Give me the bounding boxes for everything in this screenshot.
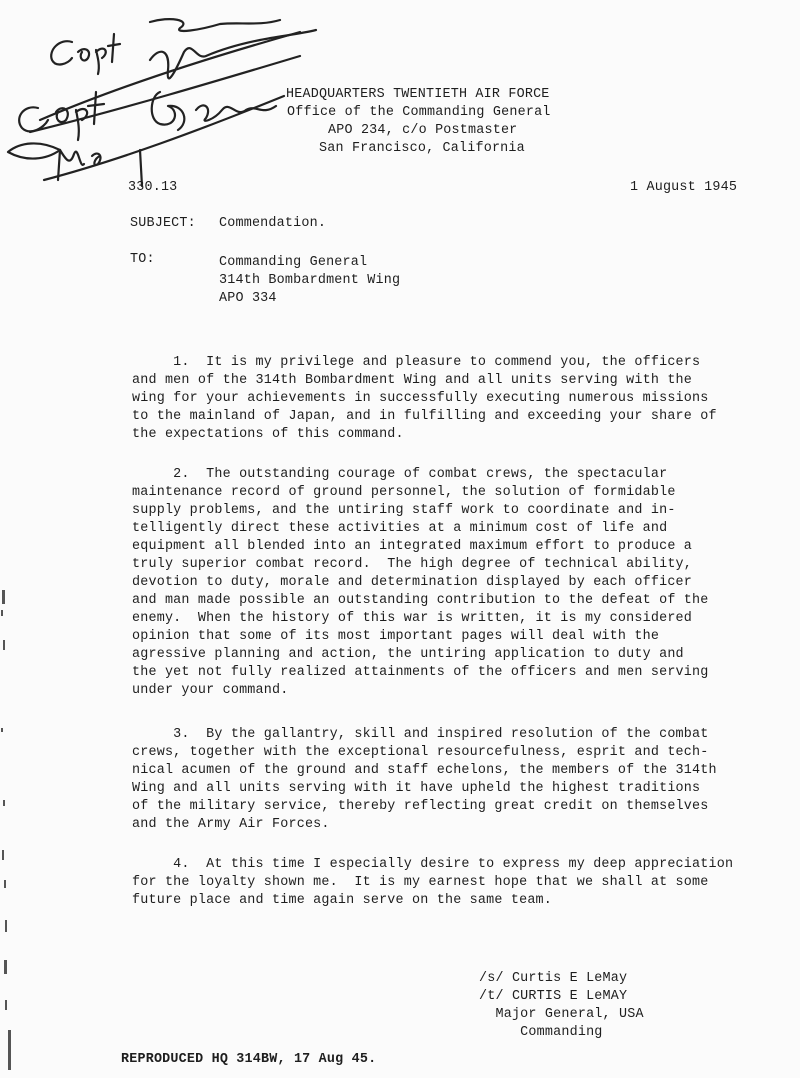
paragraph-line: maintenance record of ground personnel, …	[132, 484, 676, 502]
paragraph-line: enemy. When the history of this war is w…	[132, 610, 692, 628]
paragraph-line: devotion to duty, morale and determinati…	[132, 574, 692, 592]
subject-label: SUBJECT:	[130, 216, 196, 231]
reproduction-note: REPRODUCED HQ 314BW, 17 Aug 45.	[121, 1052, 376, 1067]
paragraph-line: the yet not fully realized attainments o…	[132, 664, 709, 682]
paragraph-line: to the mainland of Japan, and in fulfill…	[132, 408, 717, 426]
letterhead-apo: APO 234, c/o Postmaster	[328, 122, 517, 140]
to-label: TO:	[130, 252, 155, 267]
signature-signed: /s/ Curtis E LeMay	[479, 970, 627, 988]
paragraph-line: and the Army Air Forces.	[132, 816, 330, 834]
scan-edge-noise	[0, 580, 12, 1078]
signature-typed: /t/ CURTIS E LeMAY	[479, 988, 627, 1006]
paragraph-line: and man made possible an outstanding con…	[132, 592, 709, 610]
paragraph-line: equipment all blended into an integrated…	[132, 538, 692, 556]
paragraph-line: agressive planning and action, the untir…	[132, 646, 684, 664]
letterhead-org: HEADQUARTERS TWENTIETH AIR FORCE	[286, 86, 550, 104]
paragraph-line: Wing and all units serving with it have …	[132, 780, 700, 798]
addressee-line: 314th Bombardment Wing	[219, 272, 400, 290]
paragraph-line: under your command.	[132, 682, 288, 700]
paragraph-line: 2. The outstanding courage of combat cre…	[132, 466, 667, 484]
paragraph-line: wing for your achievements in successful…	[132, 390, 709, 408]
paragraph-line: telligently direct these activities at a…	[132, 520, 667, 538]
subject-value: Commendation.	[219, 216, 326, 231]
letterhead-office: Office of the Commanding General	[287, 104, 551, 122]
paragraph-line: truly superior combat record. The high d…	[132, 556, 692, 574]
paragraph-line: 1. It is my privilege and pleasure to co…	[132, 354, 700, 372]
paragraph-line: opinion that some of its most important …	[132, 628, 659, 646]
paragraph-line: of the military service, thereby reflect…	[132, 798, 709, 816]
paragraph-line: and men of the 314th Bombardment Wing an…	[132, 372, 692, 390]
paragraph-line: crews, together with the exceptional res…	[132, 744, 709, 762]
signature-title: Commanding	[479, 1024, 603, 1042]
addressee-line: Commanding General	[219, 254, 367, 272]
file-reference: 330.13	[128, 180, 177, 195]
signature-rank: Major General, USA	[479, 1006, 644, 1024]
paragraph-line: 4. At this time I especially desire to e…	[132, 856, 733, 874]
paragraph-line: 3. By the gallantry, skill and inspired …	[132, 726, 709, 744]
letter-date: 1 August 1945	[630, 180, 737, 195]
paragraph-line: supply problems, and the untiring staff …	[132, 502, 676, 520]
handwritten-annotations	[0, 0, 320, 200]
addressee-line: APO 334	[219, 290, 277, 308]
paragraph-line: for the loyalty shown me. It is my earne…	[132, 874, 709, 892]
paragraph-line: the expectations of this command.	[132, 426, 404, 444]
paragraph-line: nical acumen of the ground and staff ech…	[132, 762, 717, 780]
paragraph-line: future place and time again serve on the…	[132, 892, 552, 910]
letterhead-city: San Francisco, California	[319, 140, 525, 158]
